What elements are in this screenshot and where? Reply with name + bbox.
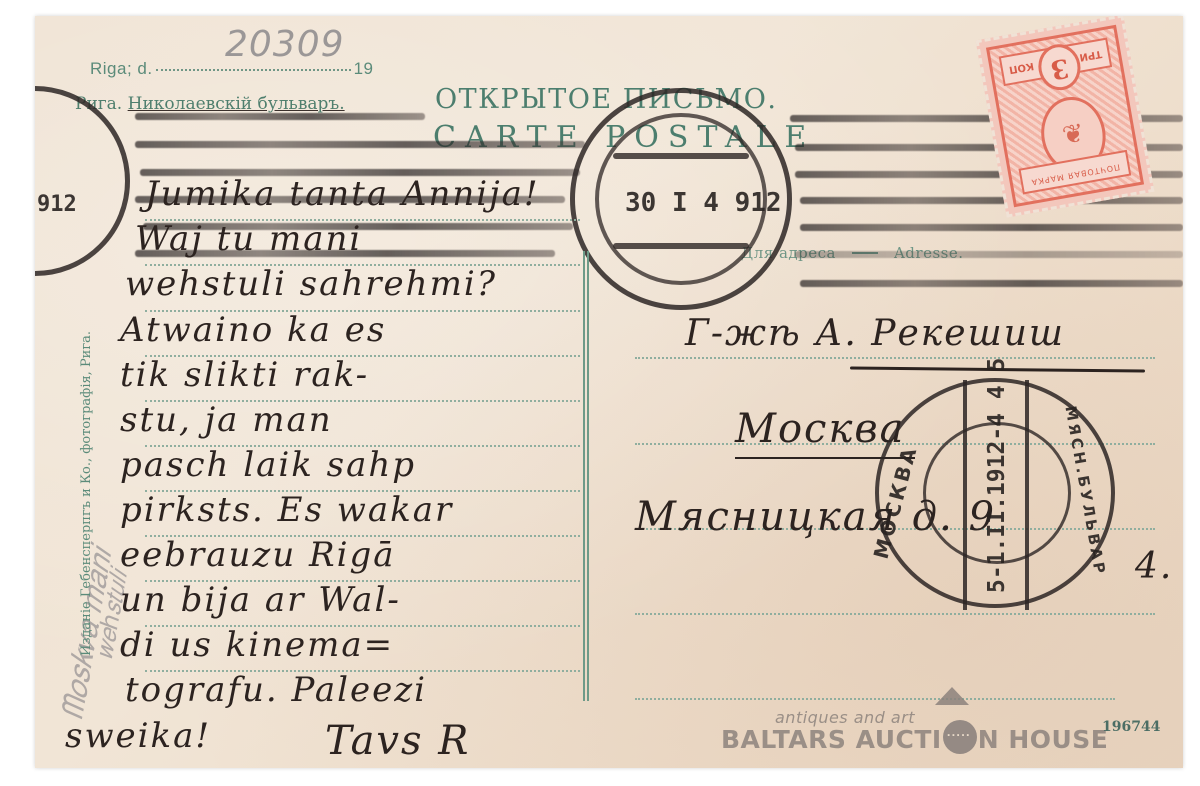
location-line-ru: Рига. Николаевскій бульваръ. <box>75 94 345 114</box>
message-line: pirksts. Es wakar <box>120 490 453 530</box>
postmark-riga-date: 30 I 4 912 <box>625 188 782 218</box>
address-line <box>635 357 1155 359</box>
postmark-riga: 30 I 4 912 <box>570 88 792 310</box>
message-line: di us kinema= <box>120 625 394 665</box>
recipient-name: Г-жѣ А. Рекешиш <box>685 313 1065 354</box>
postcard: ᗰ𝑜𝑠𝑘𝑣𝑎 𝑚𝑎𝑛𝑖 𝑤𝑒ℎ𝑠𝑡𝑢𝑙𝑖 20309 Riga; d.19 Ри… <box>35 16 1183 768</box>
postmark-partial-date: 912 <box>37 192 77 217</box>
watermark-logo-icon <box>943 720 977 754</box>
cancel-line <box>800 224 1183 231</box>
message-line: pasch laik sahp <box>120 445 416 485</box>
message-line: tik slikti rak- <box>120 355 369 395</box>
postmark-moscow: 5-1.II.1912-4 4 5 МОСКВА МЯСН.БУЛЬВАР <box>875 378 1115 608</box>
cancel-line <box>135 113 425 120</box>
recipient-apartment: 4. <box>1135 546 1173 587</box>
message-line: Atwaino ka es <box>120 310 386 350</box>
message-line: Jumika tanta Annija! <box>145 174 540 214</box>
postage-stamp: ТРИ КОП 3 ❦ ПОЧТОВАЯ МАРКА <box>976 16 1155 218</box>
crown-icon <box>935 687 969 705</box>
place-date-line: Riga; d.19 <box>90 59 374 79</box>
message-line: stu, ja man <box>120 400 333 440</box>
address-line <box>635 613 1155 615</box>
date-blank <box>156 69 351 71</box>
signature: Tavs R <box>325 718 470 764</box>
stamp-value-text-2: КОП <box>1008 60 1035 75</box>
place-line-prefix: Riga; d. <box>90 59 153 78</box>
eagle-icon: ❦ <box>1060 118 1087 151</box>
message-line: tografu. Paleezi <box>125 670 427 710</box>
cancel-line <box>795 251 1183 258</box>
recipient-city: Москва <box>735 406 905 452</box>
message-line: un bija ar Wal- <box>120 580 401 620</box>
postmark-riga-bar-bottom <box>613 243 749 249</box>
vertical-divider <box>583 251 589 701</box>
location-ru: Николаевскій бульваръ. <box>128 94 345 114</box>
place-line-year: 19 <box>354 59 374 78</box>
address-line <box>635 698 1115 700</box>
cancel-line <box>800 280 1183 287</box>
postmark-riga-bar-top <box>613 153 749 159</box>
message-closing: sweika! <box>65 716 211 756</box>
message-line: Waj tu mani <box>135 219 362 259</box>
cancel-line <box>800 197 1183 204</box>
message-line: wehstuli sahrehmi? <box>125 264 497 304</box>
message-line: eebrauzu Rigā <box>120 535 396 575</box>
stamp-frame: ТРИ КОП 3 ❦ ПОЧТОВАЯ МАРКА <box>986 25 1144 207</box>
stamp-value-text-1: ТРИ <box>1079 48 1103 63</box>
publisher-imprint: Изданіе Гебенсперпгъ и Ко., фотографія, … <box>79 236 94 656</box>
cancel-line <box>135 141 585 148</box>
catalog-number: 196744 <box>1102 719 1160 735</box>
postmark-moscow-city: МОСКВА <box>869 443 922 562</box>
watermark-title: BALTARS AUCTIN HOUSE <box>721 720 1108 754</box>
postmark-moscow-date: 5-1.II.1912-4 4 5 <box>984 413 1010 593</box>
watermark-title-part2: N HOUSE <box>978 725 1109 754</box>
watermark-title-part1: BALTARS AUCTI <box>721 725 942 754</box>
